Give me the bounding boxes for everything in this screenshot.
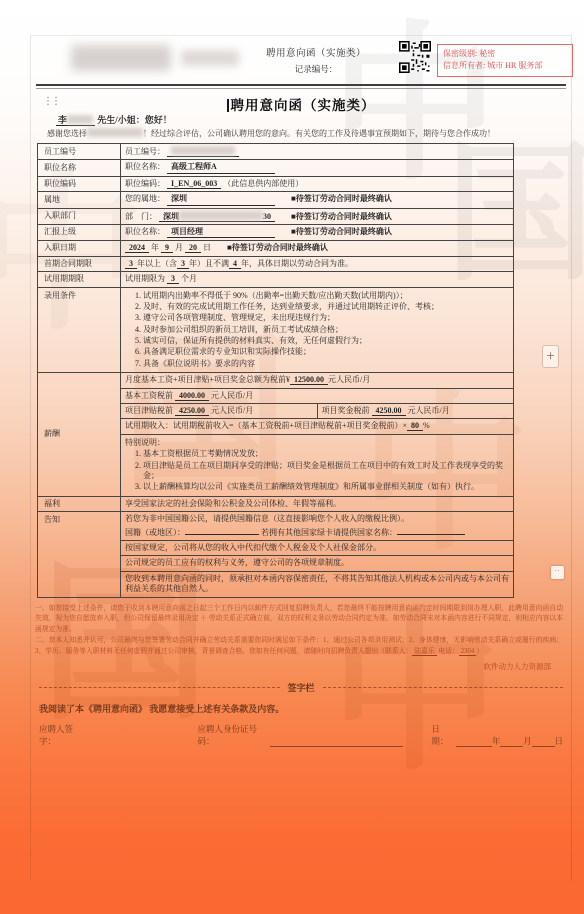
acknowledgement-line: 我阅读了本《聘用意向函》 我愿意接受上述有关条款及内容。 xyxy=(39,702,571,715)
greeting-line: 李 先生/小姐：您好！ xyxy=(56,113,571,126)
month-unit: 月 xyxy=(175,243,183,252)
department-label: 入职部门 xyxy=(38,208,121,224)
contract-t3: 年，具体日期以劳动合同为准。 xyxy=(241,259,353,268)
probation-income-t1: 试用期收入：试用期税前收入=（基本工资税前+项目津贴税前+项目奖金税前）× xyxy=(125,421,407,430)
probation-income-cell: 试用期收入：试用期税前收入=（基本工资税前+项目津贴税前+项目奖金税前）×80% xyxy=(121,419,514,434)
special-note-item: 以上薪酬核算均以公司《实施类员工薪酬绩效管理制度》和所属事业群相关制度（如有）执… xyxy=(143,482,509,492)
row-conditions: 录用条件 试用期内出勤率不得低于 90%（出勤率=出勤天数/应出勤天数(试用期内… xyxy=(38,287,514,373)
notice-label: 告知 xyxy=(38,512,121,597)
department-tail: 30 xyxy=(263,212,271,221)
pos-code-value: I_EN_06_003 xyxy=(167,179,221,189)
row-position: 职位名称 职位名称： 高级工程师A xyxy=(38,160,514,176)
day-unit: 日 xyxy=(203,243,211,252)
condition-item: 及时参加公司组织的新员工培训，新员工考试成绩合格； xyxy=(143,325,509,335)
row-emp-no: 员工编号 员工编号： xyxy=(38,144,514,160)
year-unit: 年 xyxy=(151,243,159,252)
start-day: 20 xyxy=(185,243,201,253)
date-year-blank xyxy=(456,736,492,747)
salary-base-t2: 元人民币/月 xyxy=(211,391,253,400)
greencard-blank xyxy=(397,534,465,535)
salary-bonus-amount: 4250.00 xyxy=(372,406,406,416)
confirm-note: ■待签订劳动合同时最终确认 xyxy=(291,212,392,221)
signature-bar-label: 签字栏 xyxy=(288,681,315,694)
signature-bar: 签字栏 xyxy=(39,681,563,694)
notice-nationality-cell: 若您为非中国国籍公民，请提供国籍信息（这直接影响您个人收入的缴税比例）。 国籍（… xyxy=(121,512,514,541)
conditions-list: 试用期内出勤率不得低于 90%（出勤率=出勤天数/应出勤天数(试用期内)）； 及… xyxy=(125,291,509,370)
fine-print: 一、如您接受上述条件，请您于收到本聘用意向函之日起三个工作日内以邮件方式回复招聘… xyxy=(35,604,563,658)
document-title: 聘用意向函（实施类） xyxy=(231,98,376,113)
report-to-value: 项目经理 xyxy=(167,227,275,238)
intro-line: 感谢您选择！经过综合评估，公司确认聘用您的意向。有关您的工作及待遇事宜预期如下，… xyxy=(47,128,571,139)
fine-print-clause-1: 一、如您接受上述条件，请您于收到本聘用意向函之日起三个工作日内以邮件方式回复招聘… xyxy=(35,604,563,637)
contract-value-cell: 3年以上（含3年）且不满4年，具体日期以劳动合同为准。 xyxy=(121,256,514,271)
pos-code-prefix: 职位编码： xyxy=(125,179,165,188)
classification-level: 保密级别: 秘密 xyxy=(443,48,567,60)
department-value-cell: 部 门： 深圳30 ■待签订劳动合同时最终确认 xyxy=(121,208,514,224)
fine-print-clause-2: 二、您本人知悉并认可，公司最终与您签署劳动合同并确立劳动关系需要您同时满足如下条… xyxy=(35,636,563,658)
applicant-id-label: 应聘人身份证号码： xyxy=(198,723,271,747)
probation-income-pct: 80 xyxy=(407,421,423,431)
header-divider xyxy=(36,84,566,89)
position-label: 职位名称 xyxy=(38,160,121,176)
start-month: 9 xyxy=(161,243,173,253)
salary-base-cell: 基本工资税前 4000.00 元人民币/月 xyxy=(121,388,514,403)
report-to-value-cell: 职位名称： 项目经理 ■待签订劳动合同时最终确认 xyxy=(121,224,514,240)
salary-total-amount: 12500.00 xyxy=(290,375,328,385)
contract-n3: 4 xyxy=(229,259,241,269)
probation-t1: 试用期限为 xyxy=(125,274,165,283)
greeting-text: 先生/小姐：您好！ xyxy=(97,115,172,125)
condition-item: 具备《职位说明书》要求的内容 xyxy=(143,359,509,369)
location-value-cell: 您的属地： 深圳 ■待签订劳动合同时最终确认 xyxy=(121,192,514,208)
salary-label: 薪酬 xyxy=(38,373,121,497)
clause-2-close: ） xyxy=(476,648,483,655)
welfare-cell: 享受国家法定的社会保险和公积金及公司体检、年假等福利。 xyxy=(121,496,514,511)
salary-bonus-t1: 项目奖金税前 xyxy=(322,406,370,415)
classification-box: 保密级别: 秘密 信息所有者: 城市 HR 服务部 xyxy=(437,44,573,77)
condition-item: 具备满足职位需求的专业知识和实际操作技能； xyxy=(143,347,509,357)
conditions-label: 录用条件 xyxy=(38,287,121,373)
condition-item: 诚实可信，保证所有提供的材料真实、有效，无任何虚假行为； xyxy=(143,336,509,346)
notice-r1a: 若您为非中国国籍公民，请提供国籍信息（这直接影响您个人收入的缴税比例）。 xyxy=(125,514,509,524)
row-contract-term: 首期合同期限 3年以上（含3年）且不满4年，具体日期以劳动合同为准。 xyxy=(38,256,514,271)
floating-widget-icon[interactable] xyxy=(551,566,564,579)
row-pos-code: 职位编码 职位编码： I_EN_06_003 （此信息供内部使用） xyxy=(38,176,514,191)
report-to-label: 汇报上级 xyxy=(38,224,121,240)
offer-letter-document: 聘用意向函（实施类） 记录编号： 保密级别: 秘密 信息所有者: 城市 HR 服… xyxy=(30,35,572,881)
greencard-label: 若拥有其他国家绿卡请提供国家名称： xyxy=(261,528,397,537)
contact-name: 陆嘉乐 xyxy=(412,648,436,656)
dashed-divider xyxy=(39,687,280,688)
date-month-blank xyxy=(500,736,523,747)
row-department: 入职部门 部 门： 深圳30 ■待签订劳动合同时最终确认 xyxy=(38,208,514,224)
letterhead: 聘用意向函（实施类） 记录编号： 保密级别: 秘密 信息所有者: 城市 HR 服… xyxy=(31,36,571,84)
salary-allowance-t1: 项目津贴税前 xyxy=(125,406,173,415)
report-to-prefix: 职位名称： xyxy=(125,227,165,236)
confirm-note: ■待签订劳动合同时最终确认 xyxy=(291,194,392,203)
special-note-item: 项目津贴是员工在项目期间享受的津贴；项目奖金是根据员工在项目中的有效工时及工作表… xyxy=(143,461,509,482)
dashed-divider xyxy=(323,687,564,688)
confirm-note: ■待签订劳动合同时最终确认 xyxy=(227,243,328,252)
special-note-item: 基本工资根据员工考勤情况发放； xyxy=(143,449,509,459)
id-blank xyxy=(270,736,403,747)
offer-table: 员工编号 员工编号： 职位名称 职位名称： 高级工程师A 职位编码 职位编码： … xyxy=(37,143,514,598)
date-label: 日期： xyxy=(431,723,455,747)
contract-n2: 3 xyxy=(177,259,189,269)
start-year: 2024 xyxy=(125,243,149,253)
department-prefix: 部 门： xyxy=(125,212,157,221)
date-day-blank xyxy=(532,736,555,747)
hr-department-signature: 软件动力人力资源部 xyxy=(31,661,551,672)
applicant-signature-label: 应聘人签字： xyxy=(39,723,88,747)
salary-bonus-t2: 元人民币/月 xyxy=(408,406,450,415)
intro-before: 感谢您选择 xyxy=(47,129,87,138)
special-note-list: 基本工资根据员工考勤情况发放； 项目津贴是员工在项目期间享受的津贴；项目奖金是根… xyxy=(125,449,509,493)
month-suffix: 月 xyxy=(523,735,532,747)
signature-row: 应聘人签字： 应聘人身份证号码： 日期： 年 月 日 xyxy=(39,723,563,747)
start-date-label: 入职日期 xyxy=(38,241,121,256)
position-prefix: 职位名称： xyxy=(125,162,165,171)
contract-t2: 年）且不满 xyxy=(189,259,229,268)
notice-tax-cell: 按国家规定，公司将从您的收入中代扣代缴个人税金及个人社保金部分。 xyxy=(121,540,514,555)
row-welfare: 福利 享受国家法定的社会保险和公积金及公司体检、年假等福利。 xyxy=(38,496,514,511)
salary-total-t1: 月度基本工资+项目津贴+项目奖金总额为税前¥ xyxy=(125,375,290,384)
contact-phone: 2304 xyxy=(459,648,477,656)
salary-special-cell: 特别说明： 基本工资根据员工考勤情况发放； 项目津贴是员工在项目期间享受的津贴；… xyxy=(121,434,514,496)
company-name-redacted xyxy=(181,50,239,66)
row-probation-term: 试用期期限 试用期限为 3 个月 xyxy=(38,272,514,287)
emp-no-value-cell: 员工编号： xyxy=(121,144,514,160)
salary-total-t2: 元人民币/月 xyxy=(328,375,370,384)
qr-code-icon xyxy=(399,41,431,73)
salary-base-t1: 基本工资税前 xyxy=(125,391,173,400)
department-redacted xyxy=(179,211,263,220)
notice-rules-cell: 公司规定的员工应有的权利与义务，遵守公司的各项规章制度。 xyxy=(121,556,514,571)
recipient-name-redacted xyxy=(67,115,93,124)
start-date-value-cell: 2024 年 9 月 20 日 ■待签订劳动合同时最终确认 xyxy=(121,241,514,256)
emp-no-label: 员工编号 xyxy=(38,144,121,160)
information-owner: 信息所有者: 城市 HR 服务部 xyxy=(443,60,567,72)
salary-allowance-amount: 4250.00 xyxy=(175,406,209,416)
special-note-title: 特别说明： xyxy=(125,438,509,448)
recipient-surname: 李 xyxy=(58,115,67,125)
salary-bonus-cell: 项目奖金税前 4250.00 元人民币/月 xyxy=(317,404,514,419)
emp-no-prefix: 员工编号： xyxy=(125,147,165,156)
condition-item: 及时、有效的完成试用期工作任务，达到业绩要求，并通过试用期转正评价、考核； xyxy=(143,302,509,312)
salary-allowance-cell: 项目津贴税前 4250.00 元人民币/月 xyxy=(121,404,318,419)
clause-2-text: 二、您本人知悉并认可，公司最终与您签署劳动合同并确立劳动关系需要您同时满足如下条… xyxy=(35,637,563,655)
text-cursor xyxy=(227,99,229,112)
row-start-date: 入职日期 2024 年 9 月 20 日 ■待签订劳动合同时最终确认 xyxy=(38,241,514,256)
contract-n1: 3 xyxy=(125,259,137,269)
probation-t2: 个月 xyxy=(181,274,197,283)
position-value-cell: 职位名称： 高级工程师A xyxy=(121,160,514,176)
row-salary-total: 薪酬 月度基本工资+项目津贴+项目奖金总额为税前¥12500.00元人民币/月 xyxy=(38,373,514,388)
welfare-label: 福利 xyxy=(38,496,121,511)
row-report-to: 汇报上级 职位名称： 项目经理 ■待签订劳动合同时最终确认 xyxy=(38,224,514,240)
position-value: 高级工程师A xyxy=(167,162,275,173)
salary-total-cell: 月度基本工资+项目津贴+项目奖金总额为税前¥12500.00元人民币/月 xyxy=(121,373,514,388)
company-name-redacted-inline xyxy=(87,128,143,137)
day-suffix: 日 xyxy=(555,735,564,747)
emp-no-redacted xyxy=(171,146,235,155)
title-row: ⋮⋮ 聘用意向函（实施类） xyxy=(31,94,571,112)
drag-handle-icon[interactable]: ⋮⋮ xyxy=(43,96,59,107)
contract-t1: 年以上（含 xyxy=(137,259,177,268)
nationality-label: 国籍（或地区）： xyxy=(125,528,185,537)
probation-income-t2: % xyxy=(423,421,430,430)
probation-value: 3 xyxy=(167,274,179,284)
phone-label: 电话： xyxy=(438,648,458,655)
intro-after: ！经过综合评估，公司确认聘用您的意向。有关您的工作及待遇事宜预期如下，期待与您合… xyxy=(143,129,495,138)
condition-item: 遵守公司各项管理制度、管理规定，未出现违规行为； xyxy=(143,313,509,323)
letterhead-center: 聘用意向函（实施类） 记录编号： xyxy=(236,45,396,75)
contract-label: 首期合同期限 xyxy=(38,256,121,271)
condition-item: 试用期内出勤率不得低于 90%（出勤率=出勤天数/应出勤天数(试用期内)）； xyxy=(143,291,509,301)
company-logo-redacted xyxy=(71,45,171,71)
location-prefix: 您的属地： xyxy=(125,194,165,203)
location-label: 属地 xyxy=(38,192,121,208)
conditions-cell: 试用期内出勤率不得低于 90%（出勤率=出勤天数/应出勤天数(试用期内)）； 及… xyxy=(121,287,514,373)
pos-code-label: 职位编码 xyxy=(38,176,121,191)
header-doc-type: 聘用意向函（实施类） xyxy=(236,45,396,59)
location-value: 深圳 xyxy=(167,194,275,205)
header-record-no-label: 记录编号： xyxy=(236,63,396,75)
add-annotation-button[interactable]: + xyxy=(542,345,559,368)
pos-code-note: （此信息供内部使用） xyxy=(223,179,303,188)
year-suffix: 年 xyxy=(492,735,501,747)
department-city: 深圳 xyxy=(163,212,179,221)
row-location: 属地 您的属地： 深圳 ■待签订劳动合同时最终确认 xyxy=(38,192,514,208)
probation-label: 试用期期限 xyxy=(38,272,121,287)
confirm-note: ■待签订劳动合同时最终确认 xyxy=(291,227,392,236)
salary-allowance-t2: 元人民币/月 xyxy=(211,406,253,415)
row-notice-1: 告知 若您为非中国国籍公民，请提供国籍信息（这直接影响您个人收入的缴税比例）。 … xyxy=(38,512,514,541)
nationality-blank xyxy=(185,534,259,535)
notice-confidential-cell: 您收到本聘用意向函的同时，须承担对本函内容保密责任，不将其告知其他法人机构或本公… xyxy=(121,571,514,597)
pos-code-value-cell: 职位编码： I_EN_06_003 （此信息供内部使用） xyxy=(121,176,514,191)
probation-value-cell: 试用期限为 3 个月 xyxy=(121,272,514,287)
salary-base-amount: 4000.00 xyxy=(175,391,209,401)
